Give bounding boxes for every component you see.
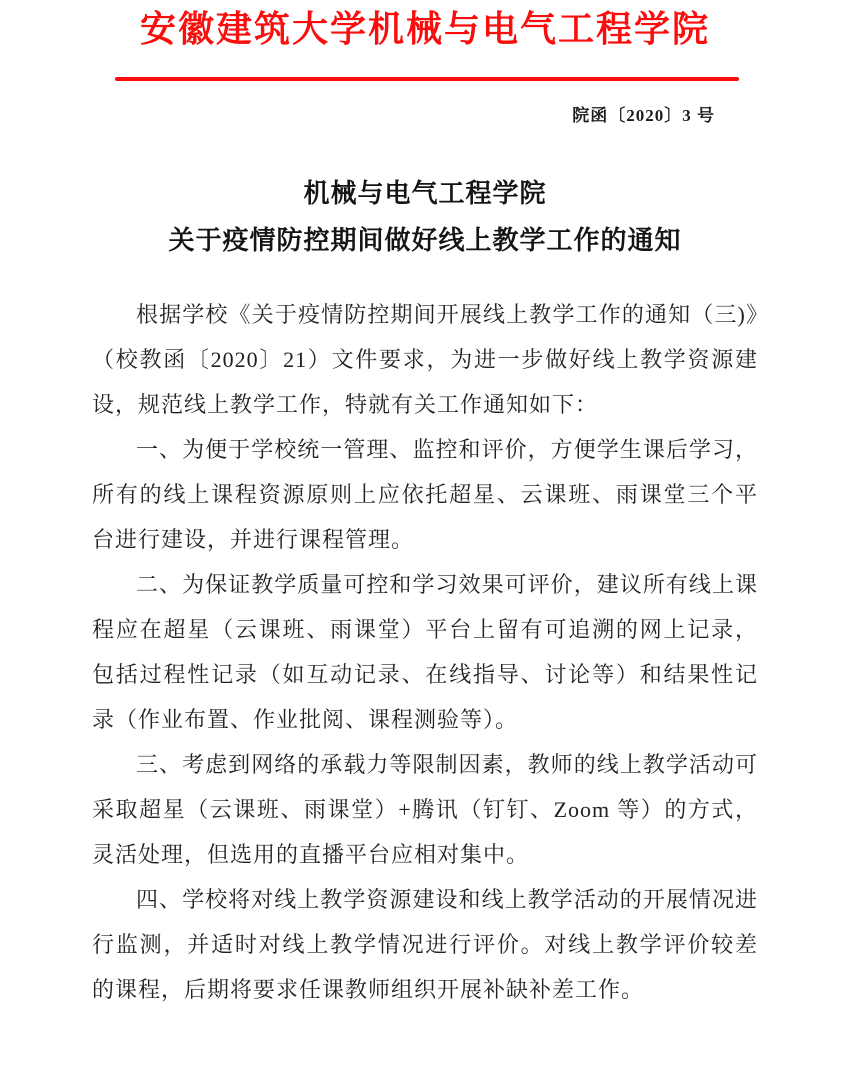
notice-body: 根据学校《关于疫情防控期间开展线上教学工作的通知（三)》（校教函〔2020〕21… xyxy=(92,292,758,1012)
paragraph-item-3: 三、考虑到网络的承载力等限制因素，教师的线上教学活动可采取超星（云课班、雨课堂）… xyxy=(92,742,758,877)
document-number: 院函〔2020〕3 号 xyxy=(0,101,715,126)
letterhead-title: 安徽建筑大学机械与电气工程学院 xyxy=(0,8,850,50)
notice-title-line1: 机械与电气工程学院 xyxy=(0,170,850,217)
paragraph-item-2: 二、为保证教学质量可控和学习效果可评价，建议所有线上课程应在超星（云课班、雨课堂… xyxy=(92,562,758,742)
paragraph-intro: 根据学校《关于疫情防控期间开展线上教学工作的通知（三)》（校教函〔2020〕21… xyxy=(92,292,758,427)
document-page: 安徽建筑大学机械与电气工程学院 院函〔2020〕3 号 机械与电气工程学院 关于… xyxy=(0,0,850,1080)
notice-title: 机械与电气工程学院 关于疫情防控期间做好线上教学工作的通知 xyxy=(0,170,850,264)
letterhead-divider xyxy=(115,77,739,81)
paragraph-item-1: 一、为便于学校统一管理、监控和评价，方便学生课后学习，所有的线上课程资源原则上应… xyxy=(92,427,758,562)
notice-title-line2: 关于疫情防控期间做好线上教学工作的通知 xyxy=(0,217,850,264)
paragraph-item-4: 四、学校将对线上教学资源建设和线上教学活动的开展情况进行监测，并适时对线上教学情… xyxy=(92,877,758,1012)
